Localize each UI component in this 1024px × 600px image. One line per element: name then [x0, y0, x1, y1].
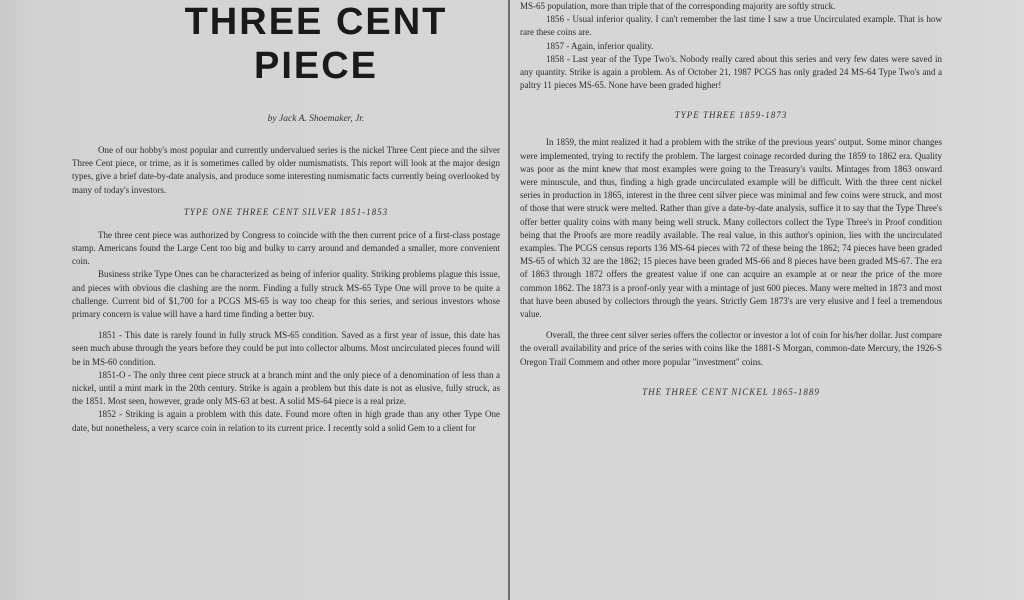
paragraph-business-strike: Business strike Type Ones can be charact…	[72, 268, 500, 321]
paragraph-1851-o: 1851-O - The only three cent piece struc…	[72, 369, 500, 409]
paragraph-1856: 1856 - Usual inferior quality. I can't r…	[520, 13, 942, 39]
article-title: THREE CENT PIECE	[72, 0, 500, 88]
right-page: MS-65 population, more than triple that …	[510, 0, 1024, 600]
paragraph-overall: Overall, the three cent silver series of…	[520, 329, 942, 369]
section-heading-nickel: THE THREE CENT NICKEL 1865-1889	[520, 387, 942, 397]
paragraph-authorized: The three cent piece was authorized by C…	[72, 229, 500, 269]
intro-paragraph: One of our hobby's most popular and curr…	[72, 144, 500, 197]
magazine-spread: THREE CENT PIECE by Jack A. Shoemaker, J…	[0, 0, 1024, 600]
article-byline: by Jack A. Shoemaker, Jr.	[132, 114, 500, 124]
paragraph-continued-fragment: MS-65 population, more than triple that …	[520, 0, 942, 13]
paragraph-1852: 1852 - Striking is again a problem with …	[72, 408, 500, 434]
left-page: THREE CENT PIECE by Jack A. Shoemaker, J…	[0, 0, 510, 600]
paragraph-1857: 1857 - Again, inferior quality.	[520, 40, 942, 53]
section-heading-type-three: TYPE THREE 1859-1873	[520, 110, 942, 120]
paragraph-1851: 1851 - This date is rarely found in full…	[72, 329, 500, 369]
paragraph-1858: 1858 - Last year of the Type Two's. Nobo…	[520, 53, 942, 93]
paragraph-1859: In 1859, the mint realized it had a prob…	[520, 136, 942, 321]
section-heading-type-one: TYPE ONE THREE CENT SILVER 1851-1853	[72, 207, 500, 217]
